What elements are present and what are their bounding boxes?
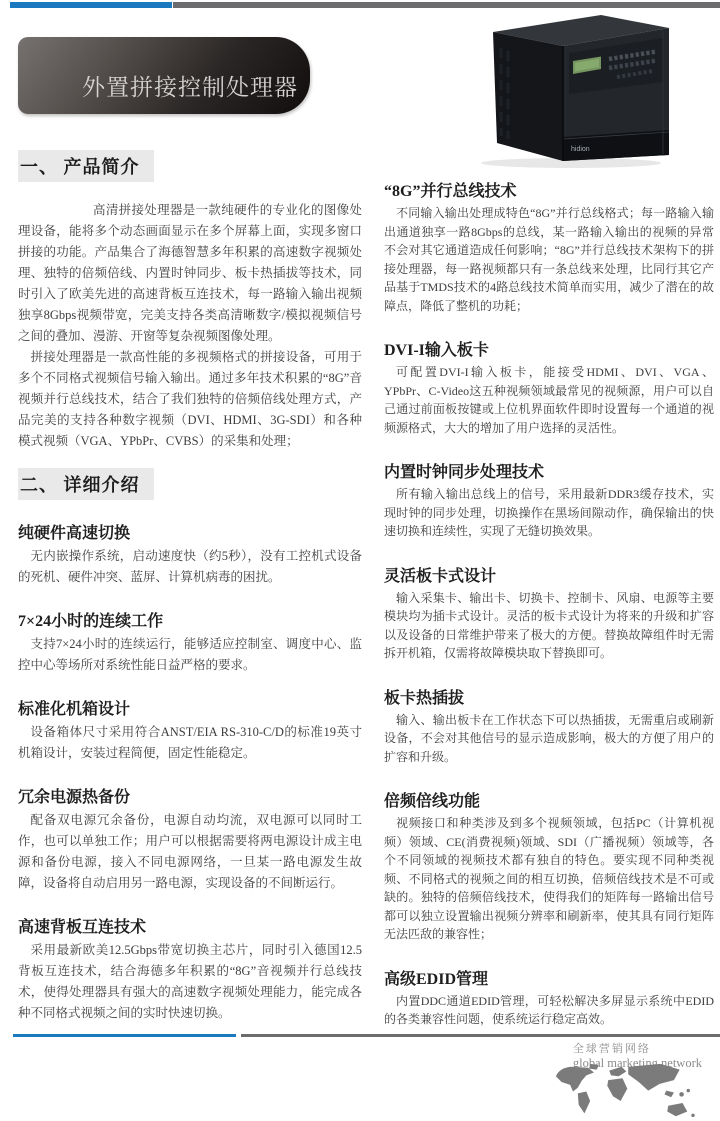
subsection-title: 高级EDID管理 [384,966,714,989]
intro-paragraph: 高清拼接处理器是一款纯硬件的专业化的图像处理设备，能将多个动态画面显示在多个屏幕… [18,200,362,347]
subsection-title: 高速背板互连技术 [18,914,362,937]
section-heading-intro-label: 一、 产品简介 [18,150,154,182]
subsection-body: 内置DDC通道EDID管理，可轻松解决多屏显示系统中EDID的各类兼容性问题，使… [384,992,714,1029]
section-heading-details: 二、 详细介绍 [18,468,362,500]
subsection-7x24-operation: 7×24小时的连续工作 支持7×24小时的连续运行，能够适应控制室、调度中心、监… [18,608,362,676]
subsection-body: 配备双电源冗余备份，电源自动均流，双电源可以同时工作，也可以单独工作；用户可以根… [18,810,362,894]
world-map [552,1062,714,1121]
subsection-flexible-card-design: 灵活板卡式设计 输入采集卡、输出卡、切换卡、控制卡、风扇、电源等主要模块均为插卡… [384,563,714,663]
subsection-body: 设备箱体尺寸采用符合ANST/EIA RS-310-C/D的标准19英寸机箱设计… [18,722,362,764]
subsection-body: 采用最新欧美12.5Gbps带宽切换主芯片，同时引入德国12.5背板互连技术，结… [18,940,362,1024]
right-column: “8G”并行总线技术 不同输入输出处理成特色“8G”并行总线格式；每一路输入输出… [384,178,714,1029]
subsection-body: 支持7×24小时的连续运行，能够适应控制室、调度中心、监控中心等场所对系统性能日… [18,634,362,676]
subsection-title: 7×24小时的连续工作 [18,608,362,631]
subsection-clock-sync: 内置时钟同步处理技术 所有输入输出总线上的信号，采用最新DDR3缓存技术，实现时… [384,459,714,541]
subsection-8g-parallel-bus: “8G”并行总线技术 不同输入输出处理成特色“8G”并行总线格式；每一路输入输出… [384,178,714,315]
subsection-dvi-i-input-card: DVI-I输入板卡 可配置DVI-I输入板卡，能接受HDMI、DVI、VGA、Y… [384,337,714,437]
subsection-title: 灵活板卡式设计 [384,563,714,586]
section-heading-intro: 一、 产品简介 [18,150,362,182]
subsection-title: 标准化机箱设计 [18,696,362,719]
bottom-accent-bar-blue [13,1034,236,1037]
subsection-body: 无内嵌操作系统，启动速度快（约5秒），没有工控机式设备的死机、硬件冲突、蓝屏、计… [18,546,362,588]
top-accent-bar-blue [10,2,172,8]
subsection-body: 不同输入输出处理成特色“8G”并行总线格式；每一路输入输出通道独享一路8Gbps… [384,204,714,315]
subsection-title: DVI-I输入板卡 [384,337,714,360]
subsection-title: 倍频倍线功能 [384,788,714,811]
global-network-label-zh: 全球营销网络 [573,1040,702,1056]
subsection-title: 内置时钟同步处理技术 [384,459,714,482]
page-title-banner: 外置拼接控制处理器 [18,37,310,114]
bottom-accent-bar-gray [241,1034,720,1037]
brochure-page: 外置拼接控制处理器 hidion [0,0,720,1121]
subsection-standard-chassis: 标准化机箱设计 设备箱体尺寸采用符合ANST/EIA RS-310-C/D的标准… [18,696,362,764]
subsection-hot-swap: 板卡热插拔 输入、输出板卡在工作状态下可以热插拔，无需重启或刷新设备，不会对其他… [384,685,714,767]
subsection-edid-management: 高级EDID管理 内置DDC通道EDID管理，可轻松解决多屏显示系统中EDID的… [384,966,714,1029]
intro-paragraph: 拼接处理器是一款高性能的多视频格式的拼接设备，可用于多个不同格式视频信号输入输出… [18,347,362,452]
subsection-title: 冗余电源热备份 [18,784,362,807]
subsection-title: 纯硬件高速切换 [18,520,362,543]
subsection-body: 可配置DVI-I输入板卡，能接受HDMI、DVI、VGA、YPbPr、C-Vid… [384,363,714,437]
left-column: 一、 产品简介 高清拼接处理器是一款纯硬件的专业化的图像处理设备，能将多个动态画… [18,150,362,1024]
subsection-body: 输入、输出板卡在工作状态下可以热插拔，无需重启或刷新设备，不会对其他信号的显示造… [384,711,714,767]
page-title: 外置拼接控制处理器 [82,69,298,102]
processor-chassis-illustration: hidion [441,8,685,172]
subsection-body: 所有输入输出总线上的信号，采用最新DDR3缓存技术，实现时钟的同步处理，切换操作… [384,485,714,541]
subsection-backplane-interconnect: 高速背板互连技术 采用最新欧美12.5Gbps带宽切换主芯片，同时引入德国12.… [18,914,362,1024]
subsection-body: 视频接口和种类涉及到多个视频领域，包括PC（计算机视频）领域、CE(消费视频)领… [384,814,714,944]
product-photo: hidion [441,8,685,172]
subsection-pure-hardware-switching: 纯硬件高速切换 无内嵌操作系统，启动速度快（约5秒），没有工控机式设备的死机、硬… [18,520,362,588]
subsection-frequency-line-doubling: 倍频倍线功能 视频接口和种类涉及到多个视频领域，包括PC（计算机视频）领域、CE… [384,788,714,944]
section-heading-details-label: 二、 详细介绍 [18,468,154,500]
product-logo: hidion [571,146,590,153]
subsection-body: 输入采集卡、输出卡、切换卡、控制卡、风扇、电源等主要模块均为插卡式设计。灵活的板… [384,589,714,663]
subsection-title: “8G”并行总线技术 [384,178,714,201]
subsection-redundant-power: 冗余电源热备份 配备双电源冗余备份，电源自动均流，双电源可以同时工作，也可以单独… [18,784,362,894]
subsection-title: 板卡热插拔 [384,685,714,708]
